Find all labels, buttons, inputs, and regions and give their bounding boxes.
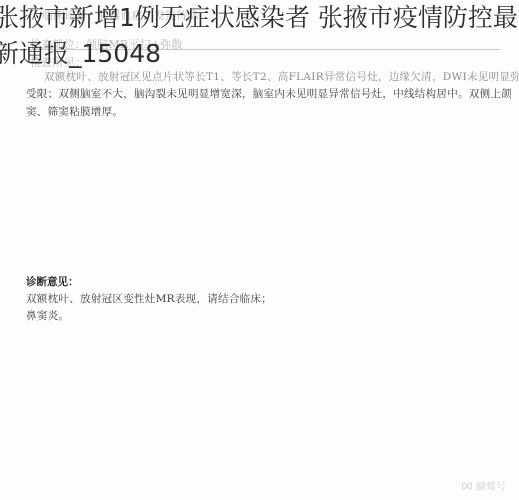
diagnosis-line-2: 鼻窦炎。 xyxy=(26,308,69,323)
watermark: 蝴蝶号 xyxy=(460,478,506,493)
page-title: 张掖市新增1例无症状感染者 张掖市疫情防控最新通报_15048 xyxy=(0,0,519,72)
report-page: 临床诊断：脓毒血症，发热待除 检查部位：颅脑MR平扫+弥散 检查所见： 双额枕叶… xyxy=(0,0,519,500)
butterfly-logo-icon xyxy=(460,479,474,493)
diagnosis-line-1: 双额枕叶、放射冠区变性灶MR表现，请结合临床； xyxy=(26,291,272,306)
findings-line-3: 窦、筛窦粘膜增厚。 xyxy=(26,104,123,119)
diagnosis-title: 诊断意见： xyxy=(26,274,79,289)
findings-line-2: 受限；双侧脑室不大，脑沟裂未见明显增宽深，脑室内未见明显异常信号灶，中线结构居中… xyxy=(26,86,512,101)
watermark-text: 蝴蝶号 xyxy=(476,478,506,493)
